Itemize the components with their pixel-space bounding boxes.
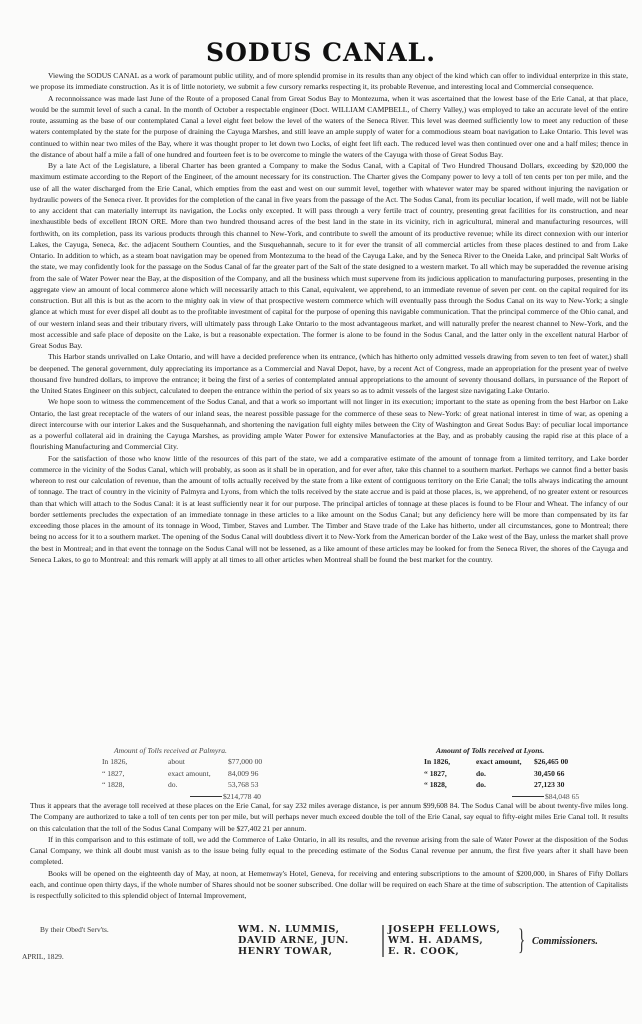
commissioners-label: Commissioners.	[532, 936, 598, 947]
paragraph-intro: Viewing the SODUS CANAL as a work of par…	[30, 70, 628, 93]
year-cell: In 1826,	[102, 756, 168, 767]
desc-cell: do.	[476, 768, 534, 779]
lyons-toll-table: Amount of Tolls received at Lyons. In 18…	[424, 745, 604, 802]
amount-cell: 30,450 66	[534, 768, 604, 779]
servants-line: By their Obed't Serv'ts.	[40, 925, 109, 934]
paragraph-hope: We hope soon to witness the commencement…	[30, 396, 628, 452]
signature-block: By their Obed't Serv'ts. APRIL, 1829. WM…	[0, 925, 642, 975]
paragraph-books: Books will be opened on the eighteenth d…	[30, 868, 628, 902]
paragraph-commerce: If in this comparison and to this estima…	[30, 834, 628, 868]
table-row: In 1826, exact amount, $26,465 00	[424, 756, 604, 767]
amount-cell: $77,000 00	[228, 756, 298, 767]
date-line: APRIL, 1829.	[22, 952, 109, 961]
paragraph-charter: By a late Act of the Legislature, a libe…	[30, 160, 628, 351]
commissioner-name: WM. H. ADAMS,	[388, 936, 500, 947]
signature-left: By their Obed't Serv'ts. APRIL, 1829.	[22, 925, 109, 961]
palmyra-toll-table: Amount of Tolls received at Palmyra. In …	[102, 745, 298, 802]
palmyra-caption: Amount of Tolls received at Palmyra.	[114, 745, 298, 756]
desc-cell: exact amount,	[168, 768, 228, 779]
table-row: In 1826, about $77,000 00	[102, 756, 298, 767]
toll-tables: Amount of Tolls received at Palmyra. In …	[0, 745, 642, 801]
table-row: “ 1828, do. 53,768 53	[102, 779, 298, 790]
body-text: Viewing the SODUS CANAL as a work of par…	[30, 70, 628, 565]
brace-icon: }	[518, 925, 525, 955]
paragraph-tonnage: For the satisfaction of those who know l…	[30, 453, 628, 566]
table-row: “ 1828, do. 27,123 30	[424, 779, 604, 790]
total-rule	[190, 796, 222, 797]
page-title: SODUS CANAL.	[0, 38, 642, 67]
paragraph-harbor: This Harbor stands unrivalled on Lake On…	[30, 351, 628, 396]
table-row: “ 1827, do. 30,450 66	[424, 768, 604, 779]
year-cell: “ 1827,	[424, 768, 476, 779]
desc-cell: exact amount,	[476, 756, 534, 767]
desc-cell: do.	[168, 779, 228, 790]
commissioner-name: DAVID ARNE, JUN.	[238, 936, 349, 947]
paragraph-reconnoissance: A reconnoissance was made last June of t…	[30, 93, 628, 161]
commissioner-names-right: JOSEPH FELLOWS, WM. H. ADAMS, E. R. COOK…	[382, 925, 500, 957]
amount-cell: 84,009 96	[228, 768, 298, 779]
commissioner-name: E. R. COOK,	[388, 947, 500, 958]
lyons-caption: Amount of Tolls received at Lyons.	[436, 745, 604, 756]
amount-cell: 27,123 30	[534, 779, 604, 790]
year-cell: “ 1827,	[102, 768, 168, 779]
desc-cell: about	[168, 756, 228, 767]
broadside-page: SODUS CANAL. Viewing the SODUS CANAL as …	[0, 0, 642, 1024]
amount-cell: 53,768 53	[228, 779, 298, 790]
amount-cell: $26,465 00	[534, 756, 604, 767]
year-cell: “ 1828,	[424, 779, 476, 790]
total-rule	[512, 796, 544, 797]
commissioner-name: HENRY TOWAR,	[238, 947, 349, 958]
year-cell: In 1826,	[424, 756, 476, 767]
year-cell: “ 1828,	[102, 779, 168, 790]
commissioner-names-left: WM. N. LUMMIS, DAVID ARNE, JUN. HENRY TO…	[238, 925, 349, 957]
table-row: “ 1827, exact amount, 84,009 96	[102, 768, 298, 779]
closing-text: Thus it appears that the average toll re…	[30, 800, 628, 901]
desc-cell: do.	[476, 779, 534, 790]
paragraph-average-toll: Thus it appears that the average toll re…	[30, 800, 628, 834]
